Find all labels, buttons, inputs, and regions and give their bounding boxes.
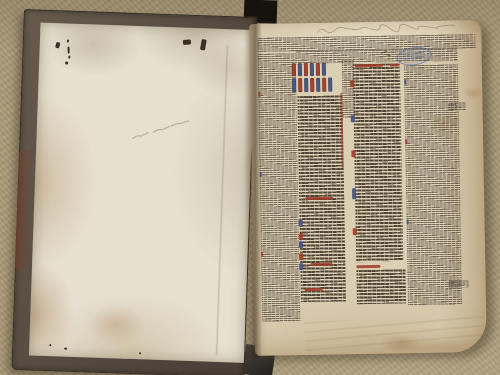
- display-letter: [310, 78, 315, 92]
- initial-capital: [351, 115, 355, 122]
- photo-background: [0, 0, 500, 375]
- display-letter: [322, 63, 327, 76]
- left-board-cover: [11, 9, 256, 375]
- ink-mark: [183, 39, 191, 45]
- rubric-mark: [390, 63, 399, 66]
- ink-mark: [200, 39, 207, 51]
- handwritten-foliation-mark: [381, 50, 393, 58]
- right-gloss-column: [404, 64, 462, 305]
- stamp-text-line: [404, 56, 425, 60]
- ink-mark: [55, 42, 60, 49]
- ink-mark: [139, 352, 141, 354]
- initial-capital: [353, 228, 357, 235]
- display-letter: [310, 63, 315, 76]
- initial-capital: [299, 263, 303, 270]
- main-column-b-continuation: [356, 269, 406, 304]
- marginal-note-lower: [449, 280, 469, 287]
- initial-capital: [299, 241, 303, 248]
- rubric-mark: [305, 197, 333, 200]
- ink-mark: [49, 344, 51, 346]
- display-letter: [298, 78, 303, 92]
- display-letter: [328, 78, 333, 92]
- paragraph-mark: [407, 219, 409, 224]
- ink-mark: [64, 348, 67, 350]
- marginal-note-upper: [449, 102, 466, 110]
- display-initial-row: [292, 77, 340, 92]
- display-initial-row: [292, 62, 340, 76]
- display-letter: [304, 78, 309, 92]
- crease-line: [215, 45, 229, 355]
- initial-capital: [299, 219, 303, 226]
- ink-mark: [67, 47, 69, 54]
- display-initial: [292, 62, 341, 94]
- gutter-shadow: [244, 16, 262, 358]
- faint-inscription: [128, 112, 195, 148]
- rubric-mark: [310, 263, 332, 266]
- initial-capital: [299, 233, 303, 240]
- display-letter: [322, 78, 327, 92]
- display-letter: [304, 63, 309, 76]
- folio-text-layer: [249, 20, 487, 356]
- display-letter: [316, 78, 321, 92]
- initial-capital: [351, 150, 355, 157]
- initial-capital: [299, 253, 303, 260]
- display-letter: [292, 63, 297, 76]
- ink-mark: [68, 56, 70, 59]
- initial-capital: [350, 80, 354, 87]
- paragraph-mark: [404, 79, 406, 84]
- rubric-mark: [356, 265, 380, 268]
- rubric-mark: [355, 64, 383, 67]
- ink-mark: [65, 61, 68, 64]
- ink-mark: [67, 40, 69, 43]
- initial-capital: [352, 188, 356, 199]
- board-leather-patch: [15, 150, 34, 270]
- main-column-b: [353, 63, 403, 262]
- display-letter: [316, 63, 321, 76]
- display-letter: [292, 78, 297, 92]
- paragraph-mark: [405, 139, 407, 144]
- rubric-mark: [305, 288, 323, 291]
- recto-folio: [249, 20, 487, 356]
- display-letter: [298, 63, 303, 76]
- pastedown-parchment: [29, 23, 255, 363]
